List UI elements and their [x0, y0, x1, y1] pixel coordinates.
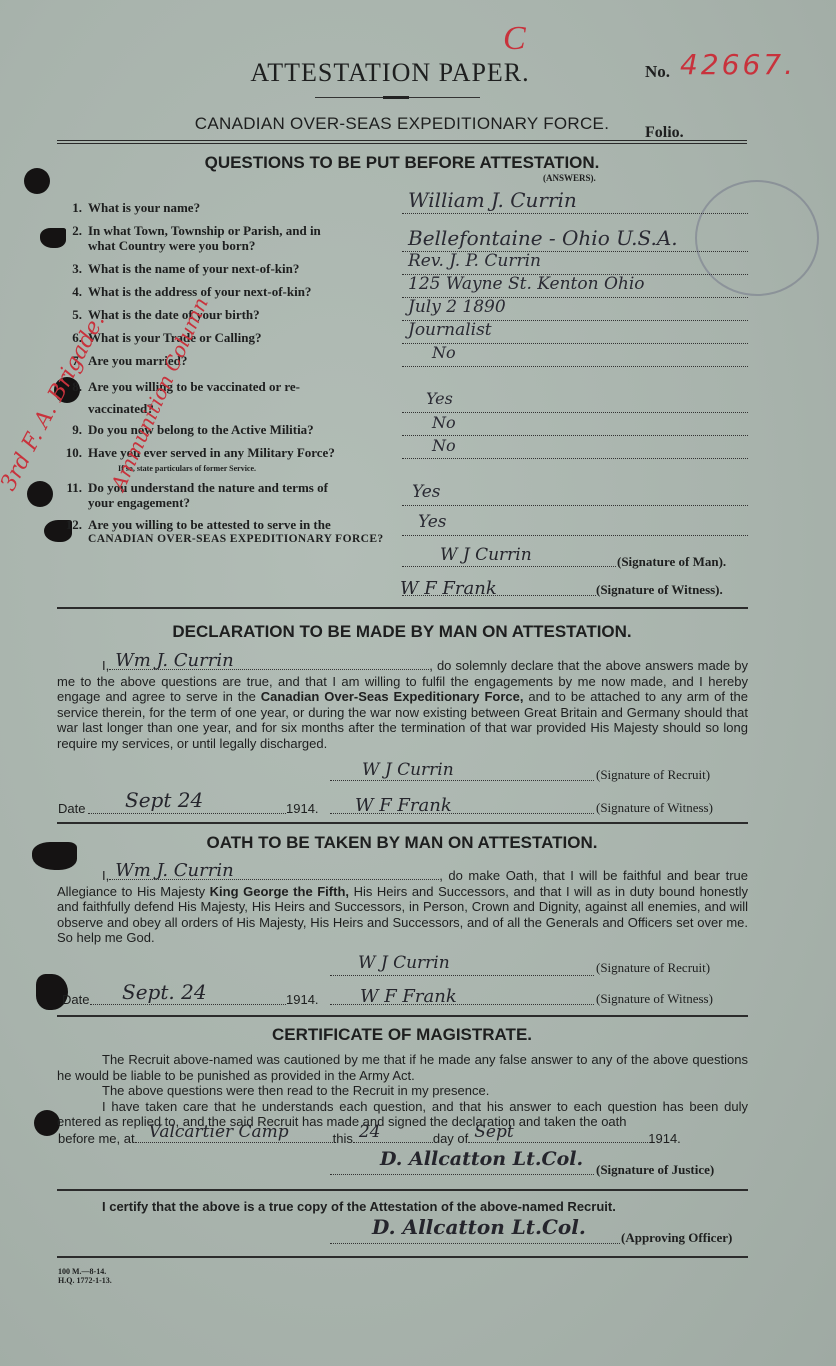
answer-line	[402, 458, 748, 459]
signature-man: W J Currin	[440, 545, 532, 565]
declaration-recruit-line	[330, 780, 594, 781]
declaration-recruit-signature: W J Currin	[362, 760, 454, 780]
regimental-number: 42667.	[680, 48, 796, 81]
question-6: 6.What is your Trade or Calling?	[60, 330, 385, 345]
question-2: 2.In what Town, Township or Parish, and …	[60, 223, 385, 253]
declaration-text: I,Wm J. Currin, do solemnly declare that…	[57, 656, 748, 752]
justice-signature-line	[330, 1174, 594, 1175]
answer-understand-terms: Yes	[412, 482, 441, 502]
page-subtitle: CANADIAN OVER-SEAS EXPEDITIONARY FORCE.	[0, 114, 804, 134]
number-label: No.	[645, 62, 670, 82]
section-divider	[57, 822, 748, 824]
officer-signature-line	[330, 1243, 620, 1244]
questions-title: QUESTIONS TO BE PUT BEFORE ATTESTATION.	[0, 153, 804, 173]
declaration-witness-label: (Signature of Witness)	[596, 800, 713, 816]
answer-name: William J. Currin	[408, 188, 577, 212]
oath-date-label: Date	[62, 992, 89, 1007]
answer-vaccinated: Yes	[426, 389, 453, 408]
header-rule	[57, 143, 747, 144]
answer-next-of-kin-address: 125 Wayne St. Kenton Ohio	[408, 274, 645, 294]
oath-title: OATH TO BE TAKEN BY MAN ON ATTESTATION.	[0, 833, 804, 853]
justice-signature: D. Allcatton Lt.Col.	[380, 1148, 583, 1170]
question-10: 10.Have you ever served in any Military …	[60, 445, 385, 460]
oath-recruit-label: (Signature of Recruit)	[596, 960, 710, 976]
officer-signature: D. Allcatton Lt.Col.	[372, 1215, 586, 1239]
magistrate-title: CERTIFICATE OF MAGISTRATE.	[0, 1025, 804, 1045]
question-12: 12.Are you willing to be attested to ser…	[60, 517, 385, 547]
answer-line	[402, 535, 748, 536]
question-5: 5.What is the date of your birth?	[60, 307, 385, 322]
oath-date: Sept. 24	[122, 980, 207, 1004]
declaration-witness-signature: W F Frank	[355, 795, 452, 816]
signature-man-line	[402, 566, 616, 567]
question-8: 8.Are you willing to be vaccinated or re…	[60, 376, 385, 420]
question-4: 4.What is the address of your next-of-ki…	[60, 284, 385, 299]
oath-year: 1914.	[286, 992, 319, 1007]
declaration-date-label: Date	[58, 801, 85, 816]
answer-line	[402, 213, 748, 214]
answers-heading: (ANSWERS).	[543, 173, 596, 183]
question-3: 3.What is the name of your next-of-kin?	[60, 261, 385, 276]
signature-witness: W F Frank	[400, 578, 497, 599]
declaration-recruit-label: (Signature of Recruit)	[596, 767, 710, 783]
answer-militia: No	[432, 413, 456, 432]
oath-name-field: Wm J. Currin	[109, 866, 439, 880]
section-divider	[57, 607, 748, 609]
section-divider	[57, 1256, 748, 1258]
punch-hole	[27, 481, 53, 507]
oath-witness-signature: W F Frank	[360, 986, 457, 1007]
question-9: 9.Do you now belong to the Active Militi…	[60, 422, 385, 437]
oath-recruit-signature: W J Currin	[358, 953, 450, 973]
oath-text: I,Wm J. Currin, do make Oath, that I wil…	[57, 866, 748, 946]
answer-trade: Journalist	[408, 320, 492, 340]
signature-man-label: (Signature of Man).	[617, 554, 726, 570]
print-code: 100 M.—8-14. H.Q. 1772-1-13.	[58, 1267, 112, 1285]
answer-line	[402, 366, 748, 367]
ink-stamp	[695, 180, 819, 296]
declaration-date-line	[88, 813, 286, 814]
oath-date-line	[90, 1004, 286, 1005]
justice-signature-label: (Signature of Justice)	[596, 1162, 714, 1178]
answer-married: No	[432, 343, 456, 362]
answer-next-of-kin: Rev. J. P. Currin	[408, 251, 541, 271]
officer-signature-label: (Approving Officer)	[621, 1230, 732, 1246]
answer-willing-attested: Yes	[418, 512, 447, 532]
magistrate-before-me: before me, atValcartier Campthis24day of…	[58, 1130, 681, 1146]
oath-recruit-line	[330, 975, 594, 976]
title-divider-accent	[383, 96, 409, 99]
answer-birth-date: July 2 1890	[408, 297, 506, 317]
oath-witness-label: (Signature of Witness)	[596, 991, 713, 1007]
magistrate-place-field: Valcartier Camp	[135, 1130, 333, 1143]
attestation-paper: C ATTESTATION PAPER. No. 42667. Folio. C…	[0, 0, 836, 1366]
answer-military-service: No	[432, 436, 456, 455]
signature-witness-label: (Signature of Witness).	[596, 582, 723, 598]
magistrate-month-field: Sept	[468, 1130, 648, 1143]
certification-text: I certify that the above is a true copy …	[102, 1199, 616, 1214]
section-divider	[57, 1189, 748, 1191]
declaration-title: DECLARATION TO BE MADE BY MAN ON ATTESTA…	[0, 622, 804, 642]
answer-birthplace: Bellefontaine - Ohio U.S.A.	[408, 226, 678, 250]
question-7: 7.Are you married?	[60, 353, 385, 368]
declaration-name-field: Wm J. Currin	[109, 656, 429, 670]
answer-line	[402, 505, 748, 506]
section-divider	[57, 1015, 748, 1017]
magistrate-text: The Recruit above-named was cautioned by…	[57, 1052, 748, 1130]
corner-mark: C	[503, 20, 526, 58]
declaration-date: Sept 24	[125, 788, 203, 812]
magistrate-day-field: 24	[353, 1130, 433, 1143]
header-rule	[57, 140, 747, 141]
declaration-year: 1914.	[286, 801, 319, 816]
question-1: 1.What is your name?	[60, 200, 385, 215]
